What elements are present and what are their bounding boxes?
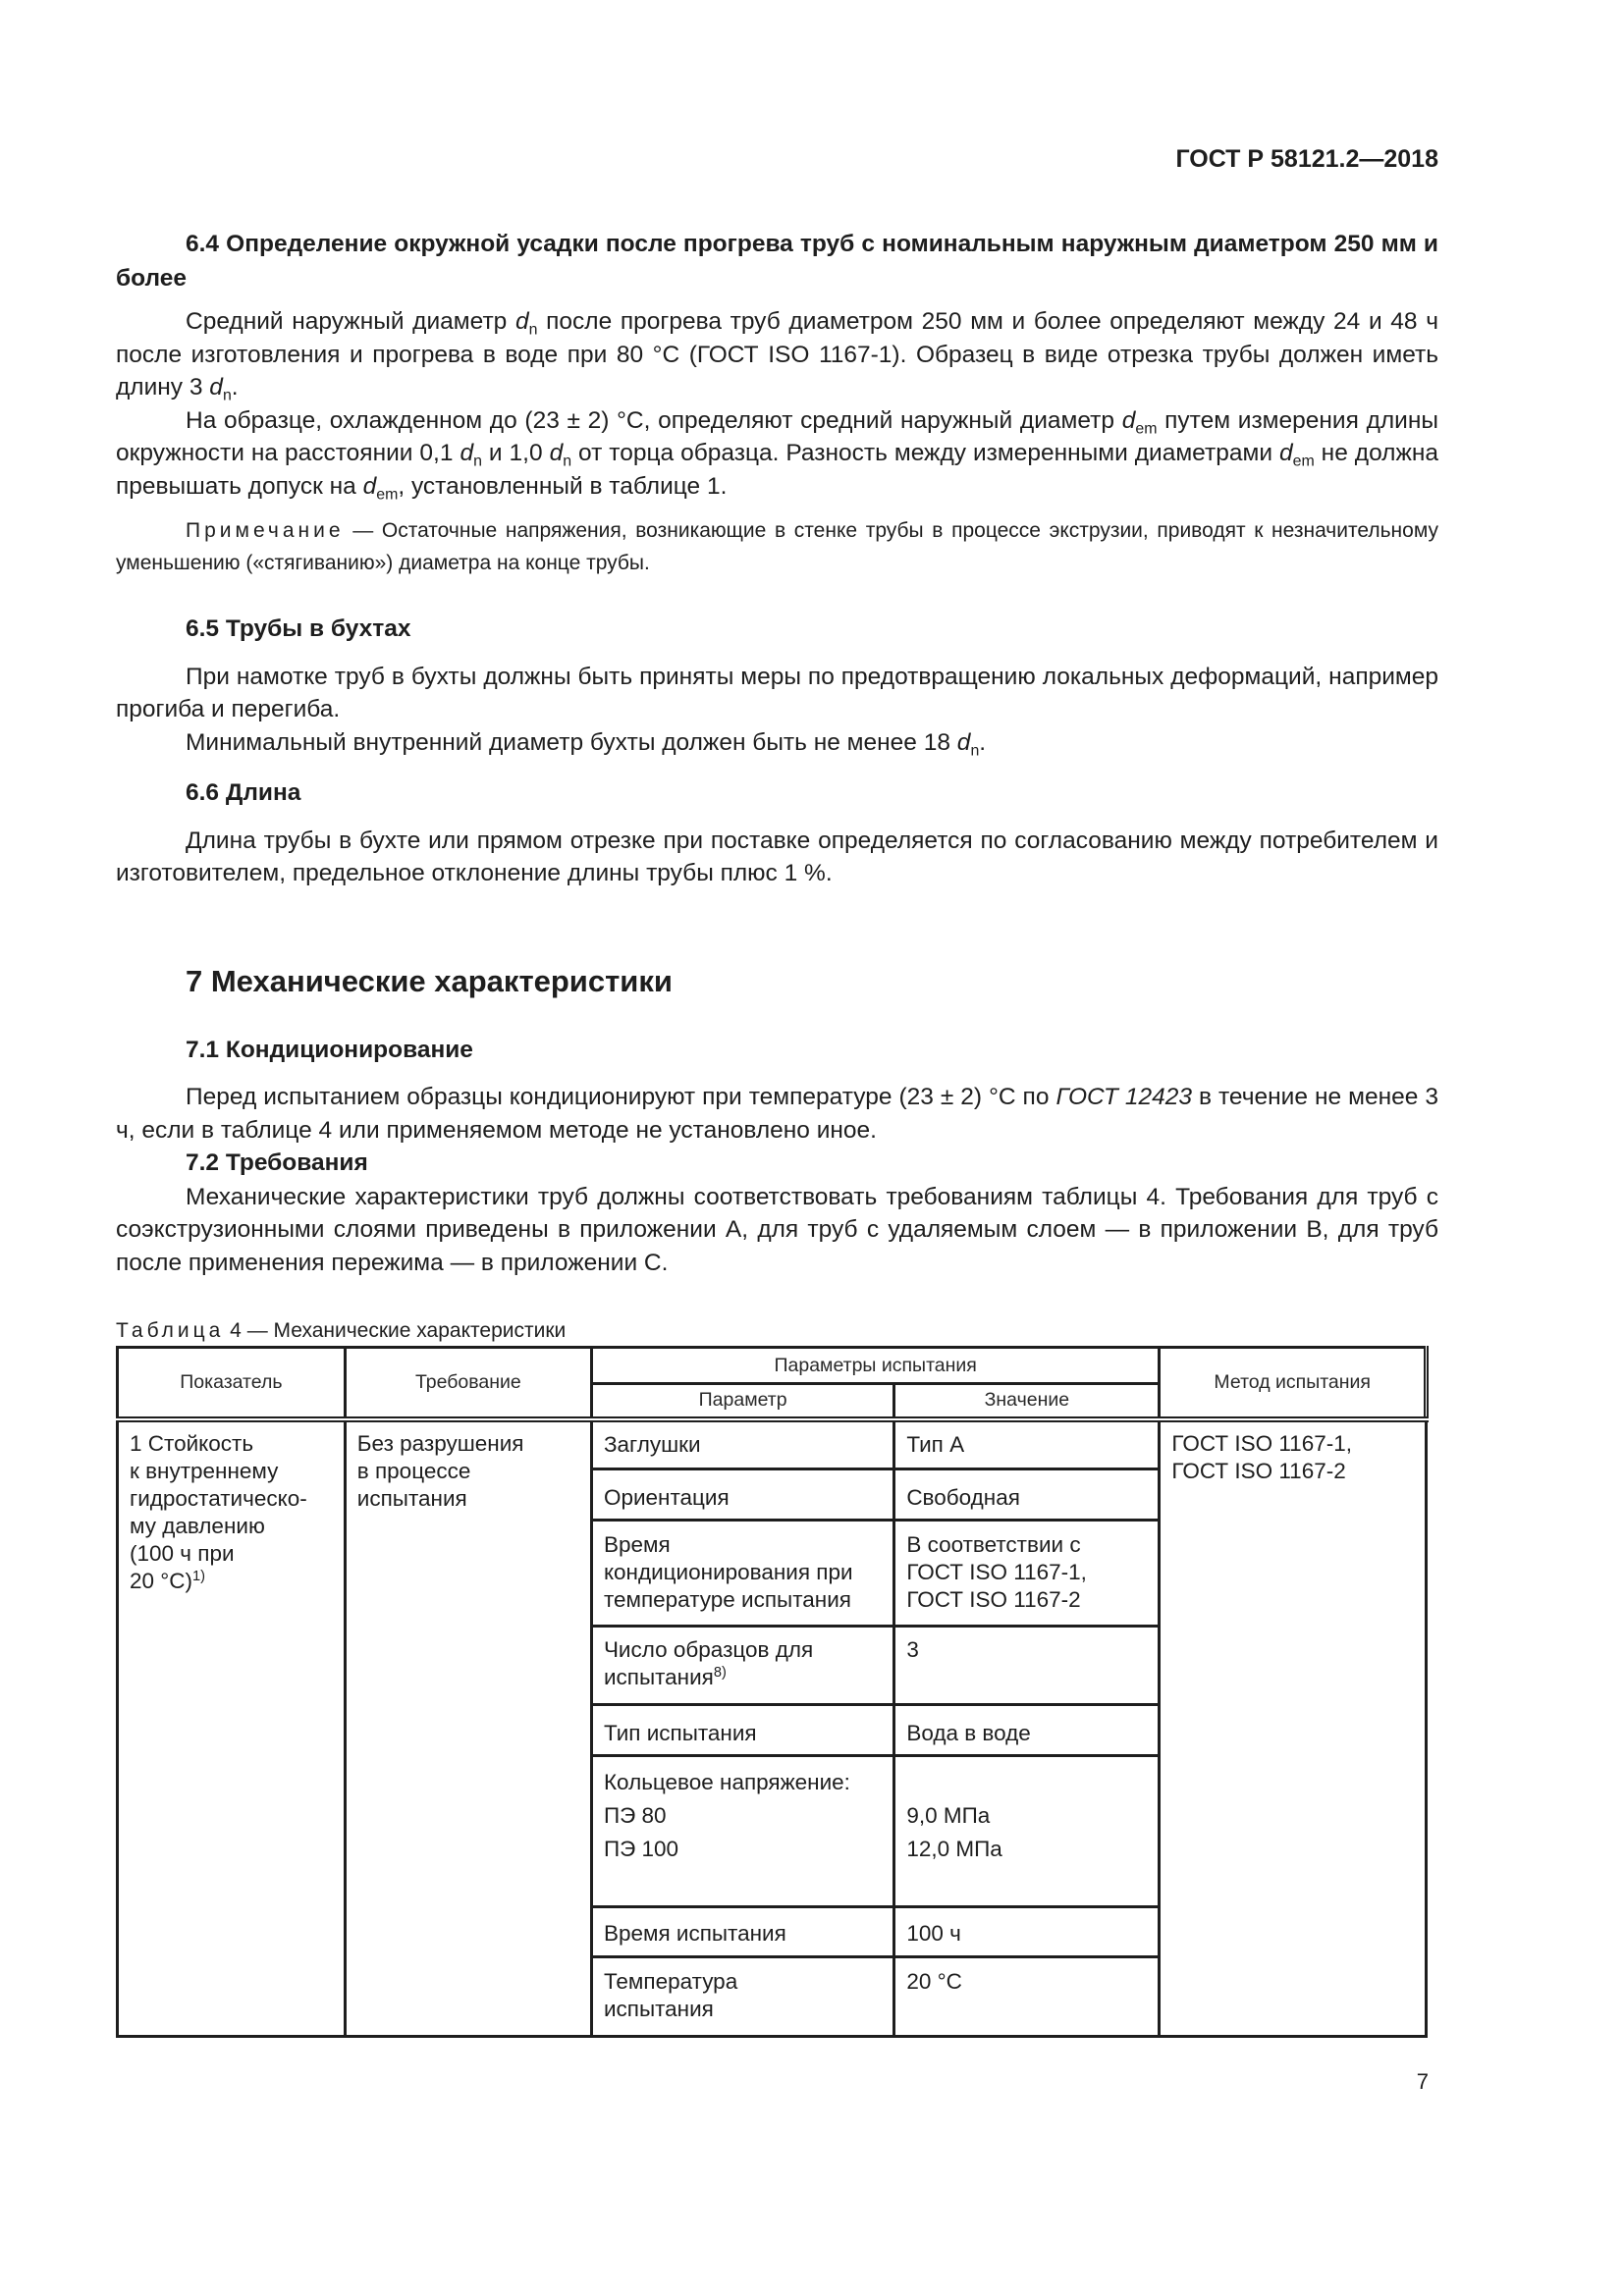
cell-param: Заглушки <box>591 1419 893 1469</box>
cell-value: 9,0 МПа 12,0 МПа <box>894 1756 1160 1907</box>
cell-param: Тип испытания <box>591 1705 893 1756</box>
header-parameter: Параметр <box>591 1384 893 1419</box>
table-row: 1 Стойкость к внутреннему гидростатическ… <box>118 1419 1427 1469</box>
cell-value: 20 °С <box>894 1957 1160 2037</box>
cell-value: 100 ч <box>894 1907 1160 1957</box>
footnote-ref: 8) <box>714 1665 727 1681</box>
page-number: 7 <box>1399 2069 1429 2095</box>
cell-indicator: 1 Стойкость к внутреннему гидростатическ… <box>118 1419 346 2037</box>
cell-requirement: Без разрушения в процессе испытания <box>345 1419 591 2037</box>
section-6-4-note: Примечание — Остаточные напряжения, возн… <box>116 514 1438 579</box>
header-requirement: Требование <box>345 1348 591 1419</box>
header-test-parameters: Параметры испытания <box>591 1348 1159 1384</box>
mechanical-characteristics-table: Показатель Требование Параметры испытани… <box>116 1346 1429 2038</box>
section-6-6-heading: 6.6 Длина <box>116 776 1438 810</box>
cell-param: Время кондиционирования при температуре … <box>591 1521 893 1627</box>
cell-param: Температура испытания <box>591 1957 893 2037</box>
section-6-4-heading: 6.4 Определение окружной усадки после пр… <box>116 227 1438 295</box>
section-6-5-paragraph-2: Минимальный внутренний диаметр бухты дол… <box>116 726 1438 760</box>
section-6-5: 6.5 Трубы в бухтах При намотке труб в бу… <box>116 613 1438 759</box>
standard-reference-link: ГОСТ 12423 <box>1055 1084 1192 1110</box>
cell-param: Время испытания <box>591 1907 893 1957</box>
section-7: 7 Механические характеристики 7.1 Кондиц… <box>116 965 1438 1279</box>
header-value: Значение <box>894 1384 1160 1419</box>
section-6-6: 6.6 Длина Длина трубы в бухте или прямом… <box>116 776 1438 890</box>
cell-value: Тип А <box>894 1419 1160 1469</box>
cell-value: Вода в воде <box>894 1705 1160 1756</box>
section-6-4-paragraph-2: На образце, охлажденном до (23 ± 2) °С, … <box>116 404 1438 504</box>
section-7-1-paragraph: Перед испытанием образцы кондиционируют … <box>116 1081 1438 1147</box>
section-6-6-paragraph: Длина трубы в бухте или прямом отрезке п… <box>116 825 1438 890</box>
section-7-2-heading: 7.2 Требования <box>116 1147 1438 1180</box>
section-7-2-paragraph: Механические характеристики труб должны … <box>116 1181 1438 1280</box>
section-6-4: 6.4 Определение окружной усадки после пр… <box>116 227 1438 579</box>
section-7-1-heading: 7.1 Кондиционирование <box>116 1034 1438 1067</box>
section-6-4-paragraph-1: Средний наружный диаметр dn после прогре… <box>116 305 1438 404</box>
cell-method: ГОСТ ISO 1167-1, ГОСТ ISO 1167-2 <box>1160 1419 1427 2037</box>
footnote-ref: 1) <box>192 1568 205 1583</box>
cell-value: Свободная <box>894 1469 1160 1521</box>
header-indicator: Показатель <box>118 1348 346 1419</box>
header-method: Метод испытания <box>1160 1348 1427 1419</box>
cell-param: Число образцов для испытания8) <box>591 1627 893 1705</box>
cell-param: Кольцевое напряжение: ПЭ 80 ПЭ 100 <box>591 1756 893 1907</box>
document-id-header: ГОСТ Р 58121.2—2018 <box>1139 145 1438 174</box>
table-caption: Таблица 4 — Механические характеристики <box>116 1319 566 1343</box>
section-7-heading: 7 Механические характеристики <box>116 965 1438 998</box>
cell-value: 3 <box>894 1627 1160 1705</box>
cell-value: В соответствии с ГОСТ ISO 1167-1, ГОСТ I… <box>894 1521 1160 1627</box>
cell-param: Ориентация <box>591 1469 893 1521</box>
section-6-5-paragraph-1: При намотке труб в бухты должны быть при… <box>116 661 1438 726</box>
note-label: Примечание <box>186 519 345 542</box>
section-6-5-heading: 6.5 Трубы в бухтах <box>116 613 1438 646</box>
